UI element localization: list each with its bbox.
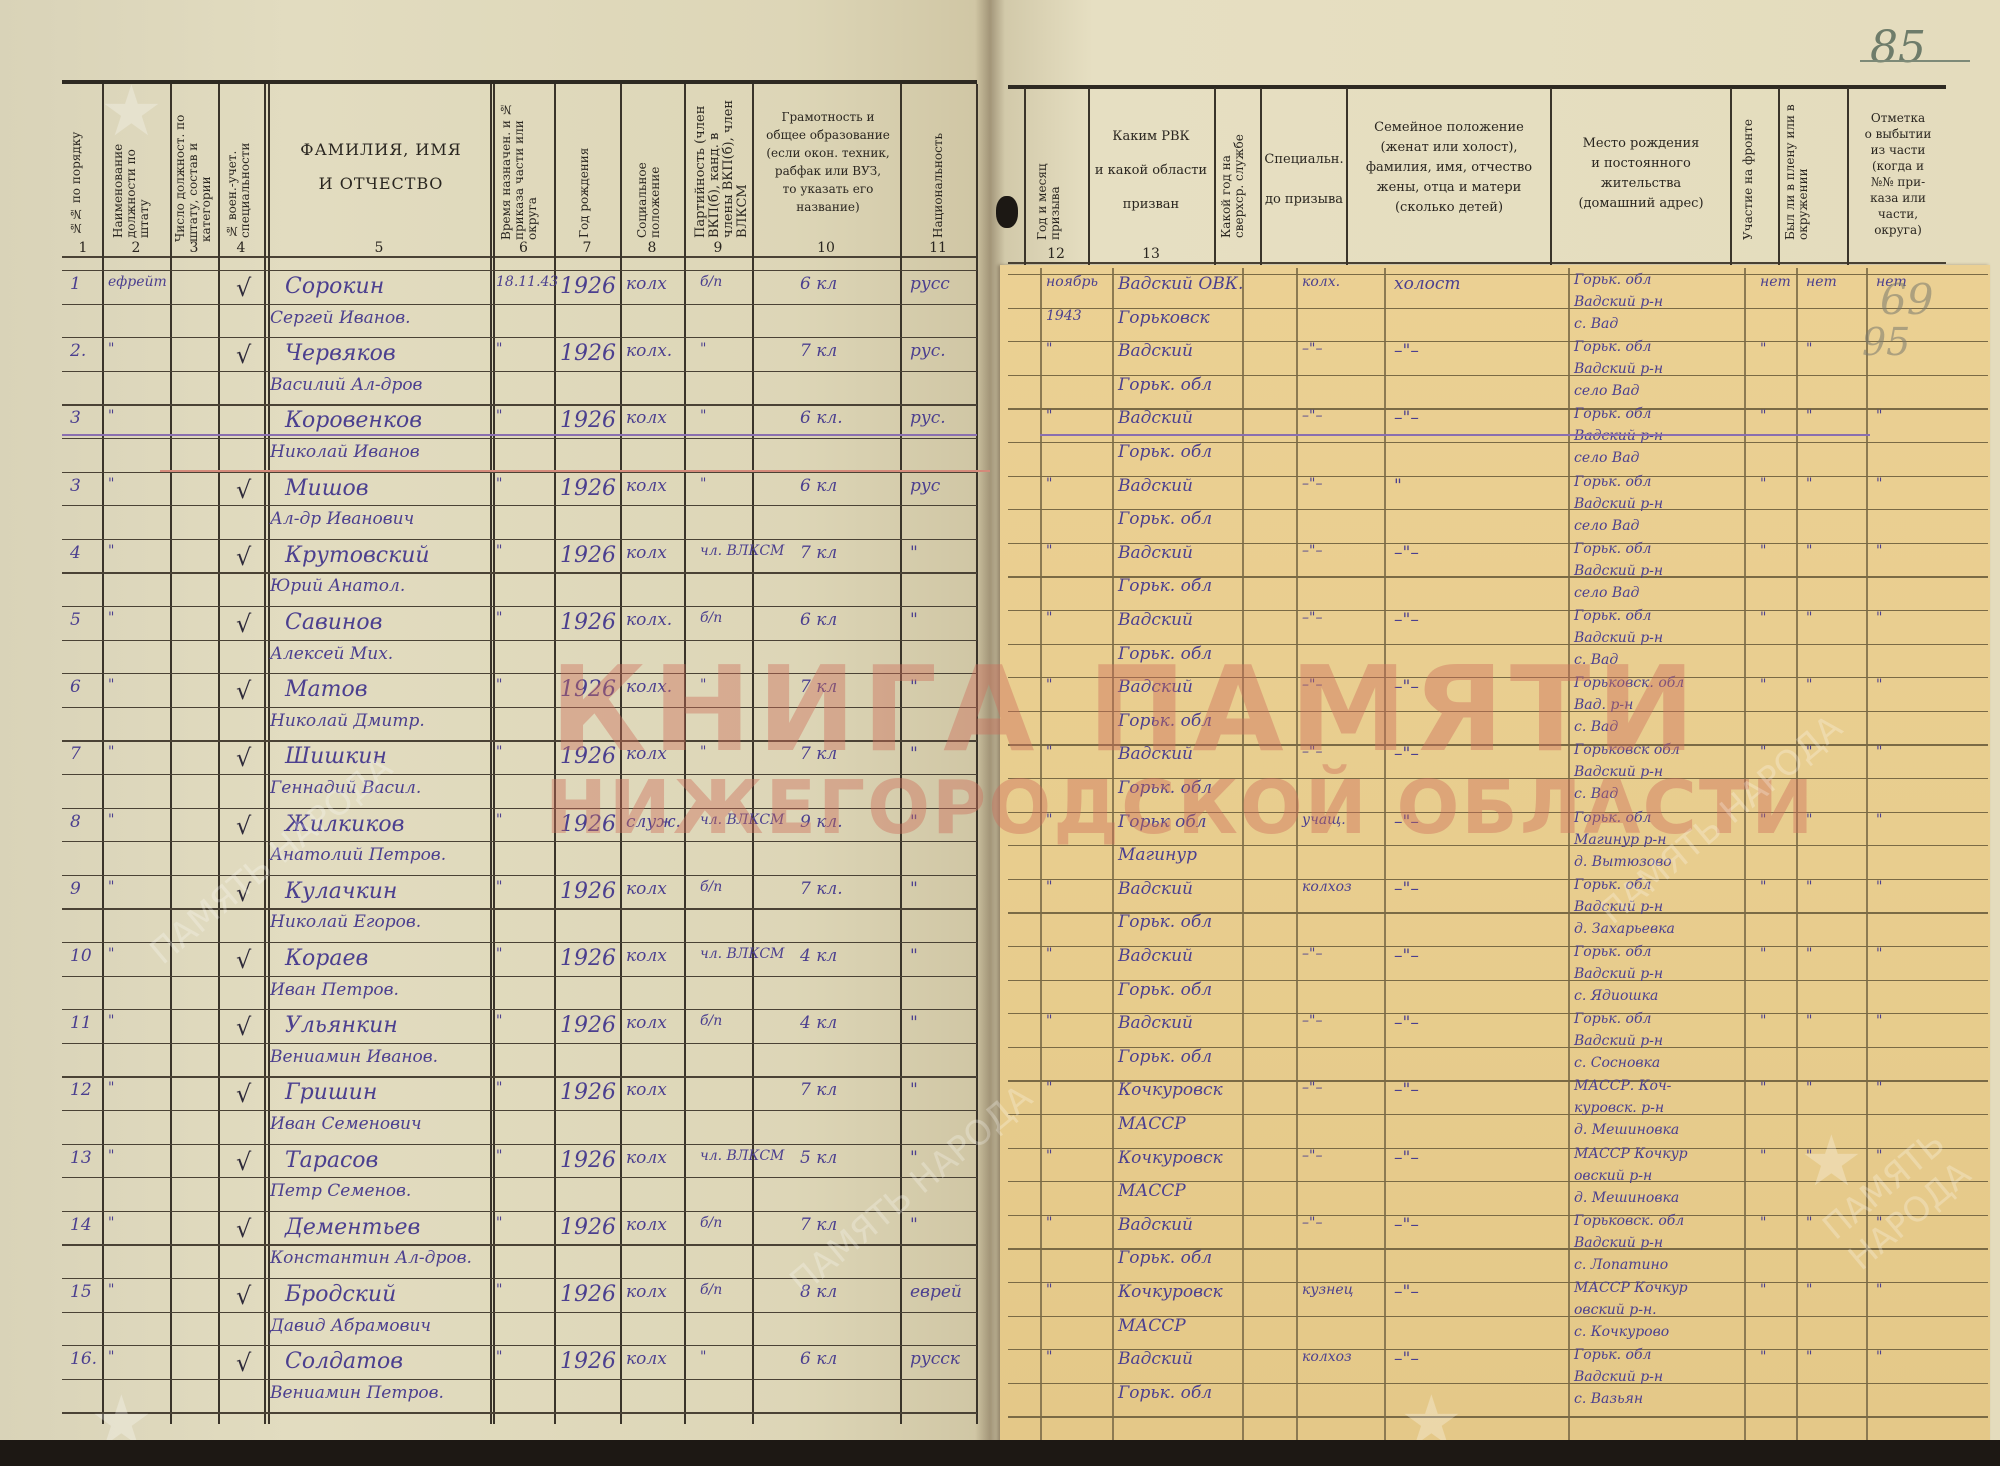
cell-address-line: Вадский р-н bbox=[1574, 966, 1663, 982]
header-col-16-line: (женат или холост), bbox=[1350, 138, 1548, 158]
cell-address-line: овский р-н bbox=[1574, 1168, 1652, 1184]
cell-rvk2: Горьк. обл bbox=[1118, 1383, 1212, 1403]
cell-rvk2: МАССР bbox=[1118, 1114, 1186, 1134]
header-col-13-line: призван bbox=[1090, 188, 1212, 222]
binding-hole bbox=[996, 196, 1018, 228]
cell-family: –"– bbox=[1394, 408, 1419, 428]
cell-given: Николай Иванов bbox=[270, 442, 420, 462]
cell-num: 3 bbox=[70, 476, 81, 496]
cell-social: колх bbox=[626, 946, 667, 966]
cell-num: 16. bbox=[70, 1349, 97, 1369]
cell-edu: 5 кл bbox=[800, 1148, 837, 1168]
cell-rvk2: МАССР bbox=[1118, 1316, 1186, 1336]
cell-rvk: Вадский bbox=[1118, 341, 1193, 361]
header-col-15-line: Специальн. bbox=[1262, 140, 1346, 180]
cell-address-line: Вадский р-н bbox=[1574, 496, 1663, 512]
cell-spec: –"– bbox=[1302, 1148, 1322, 1164]
cell-captive: " bbox=[1806, 946, 1812, 962]
row-rule bbox=[62, 539, 977, 540]
row-rule bbox=[62, 1278, 977, 1279]
cell-front: " bbox=[1760, 1080, 1766, 1096]
cell-born: 1926 bbox=[560, 946, 616, 971]
page-bottom-edge bbox=[0, 1440, 2000, 1466]
cell-nation: " bbox=[910, 1080, 918, 1100]
watermark-title: КНИГА ПАМЯТИ bbox=[550, 640, 1701, 778]
cell-front: " bbox=[1760, 1349, 1766, 1365]
cell-check: √ bbox=[236, 274, 251, 302]
header-col-6: Время назначен. и № приказа части или ок… bbox=[500, 90, 548, 240]
header-col-16-line: фамилия, имя, отчество bbox=[1350, 158, 1548, 178]
cell-position: " bbox=[108, 879, 114, 895]
cell-rvk: Вадский bbox=[1118, 879, 1193, 899]
cell-surname: Бродский bbox=[285, 1282, 396, 1307]
cell-rvk2: Горьковск bbox=[1118, 308, 1210, 328]
cell-position: " bbox=[108, 1080, 114, 1096]
cell-nation: рус. bbox=[910, 408, 946, 428]
cell-address-line: с. Сосновка bbox=[1574, 1055, 1660, 1071]
cell-spec: –"– bbox=[1302, 610, 1322, 626]
header-col-11: Национальность bbox=[932, 120, 945, 238]
header-col-16-line: (сколько детей) bbox=[1350, 198, 1548, 218]
cell-born: 1926 bbox=[560, 274, 616, 299]
cell-address-line: Горьк. обл bbox=[1574, 1011, 1651, 1027]
row-rule bbox=[62, 1412, 977, 1413]
cell-num: 1 bbox=[70, 274, 81, 294]
page-number: 85 bbox=[1870, 22, 1926, 73]
col-divider bbox=[1730, 88, 1732, 268]
header-col-14: Какой год на сверхср. службе bbox=[1220, 120, 1254, 238]
cell-num: 15 bbox=[70, 1282, 92, 1302]
cell-address-line: д. Мешиновка bbox=[1574, 1190, 1679, 1206]
cell-address-line: Горьк. обл bbox=[1574, 272, 1651, 288]
cell-check: √ bbox=[236, 1215, 251, 1243]
cell-address-line: Горьк. обл bbox=[1574, 406, 1651, 422]
col-divider bbox=[1744, 268, 1746, 1448]
col-divider bbox=[1847, 88, 1849, 268]
cell-surname: Кораев bbox=[285, 946, 368, 971]
cell-drafted: " bbox=[1046, 1349, 1052, 1365]
cell-edu: 6 кл bbox=[800, 1349, 837, 1369]
cell-position: " bbox=[108, 677, 114, 693]
cell-leave: " bbox=[1876, 610, 1882, 626]
cell-rvk: Кочкуровск bbox=[1118, 1148, 1223, 1168]
cell-check: √ bbox=[236, 1080, 251, 1108]
cell-rvk: Вадский bbox=[1118, 610, 1193, 630]
header-col-17-line: (домашний адрес) bbox=[1554, 194, 1728, 214]
cell-drafted: " bbox=[1046, 341, 1052, 357]
row-rule bbox=[62, 1009, 977, 1010]
cell-surname: Кулачкин bbox=[285, 879, 397, 904]
col-number: 6 bbox=[493, 240, 554, 256]
cell-given: Иван Петров. bbox=[270, 980, 399, 1000]
cell-surname: Дементьев bbox=[285, 1215, 420, 1240]
col-number: 9 bbox=[684, 240, 752, 256]
header-col-15: Специальн. до призыва bbox=[1262, 140, 1346, 220]
cell-drafted: " bbox=[1046, 879, 1052, 895]
cell-rvk: Вадский bbox=[1118, 543, 1193, 563]
row-rule bbox=[62, 875, 977, 876]
cell-address-line: Горьк. обл bbox=[1574, 541, 1651, 557]
cell-rvk: Вадский bbox=[1118, 476, 1193, 496]
header-col-3: Число должност. по штату, состав и катег… bbox=[174, 92, 216, 242]
cell-family: –"– bbox=[1394, 1215, 1419, 1235]
cell-captive: " bbox=[1806, 408, 1812, 424]
cell-front: " bbox=[1760, 408, 1766, 424]
col-number: 11 bbox=[900, 240, 976, 256]
cell-front: " bbox=[1760, 543, 1766, 559]
cell-check: √ bbox=[236, 476, 251, 504]
col-divider bbox=[1112, 268, 1114, 1448]
col-number: 10 bbox=[752, 240, 900, 256]
cell-born: 1926 bbox=[560, 476, 616, 501]
cell-born: 1926 bbox=[560, 1148, 616, 1173]
cell-surname: Ульянкин bbox=[285, 1013, 398, 1038]
row-rule bbox=[62, 1379, 977, 1380]
cell-num: 10 bbox=[70, 946, 92, 966]
col-divider bbox=[264, 84, 266, 1424]
cell-rvk2: Горьк. обл bbox=[1118, 912, 1212, 932]
cell-check: √ bbox=[236, 341, 251, 369]
cell-address-line: село Вад bbox=[1574, 383, 1639, 399]
cell-social: колх. bbox=[626, 610, 672, 630]
header-col-17-line: Место рождения bbox=[1554, 134, 1728, 154]
cell-captive: " bbox=[1806, 476, 1812, 492]
row-rule bbox=[62, 304, 977, 305]
cell-given: Николай Дмитр. bbox=[270, 711, 425, 731]
header-col-16-line: жены, отца и матери bbox=[1350, 178, 1548, 198]
cell-rvk2: Горьк. обл bbox=[1118, 375, 1212, 395]
cell-edu: 6 кл bbox=[800, 476, 837, 496]
cell-num: 13 bbox=[70, 1148, 92, 1168]
cell-given: Петр Семенов. bbox=[270, 1181, 411, 1201]
cell-appointed: " bbox=[496, 1013, 502, 1029]
cell-party: " bbox=[700, 1349, 706, 1365]
row-rule bbox=[62, 1076, 977, 1077]
col-divider bbox=[1024, 88, 1026, 268]
cell-spec: –"– bbox=[1302, 946, 1322, 962]
header-col-10-line: рабфак или ВУЗ, bbox=[758, 162, 898, 180]
header-col-20-line: из части bbox=[1850, 142, 1946, 158]
cell-num: 12 bbox=[70, 1080, 92, 1100]
cell-front: " bbox=[1760, 1282, 1766, 1298]
header-col-20-line: №№ при- bbox=[1850, 174, 1946, 190]
cell-drafted: " bbox=[1046, 1148, 1052, 1164]
cell-spec: –"– bbox=[1302, 543, 1322, 559]
header-col-17-line: и постоянного bbox=[1554, 154, 1728, 174]
cell-address-line: Горьк. обл bbox=[1574, 339, 1651, 355]
col-divider bbox=[1346, 88, 1348, 268]
cell-appointed: " bbox=[496, 543, 502, 559]
cell-leave: " bbox=[1876, 879, 1882, 895]
cell-address-line: Горьковск. обл bbox=[1574, 1213, 1684, 1229]
watermark-subtitle: НИЖЕГОРОДСКОЙ ОБЛАСТИ bbox=[545, 765, 1815, 851]
cell-appointed: " bbox=[496, 879, 502, 895]
cell-edu: 4 кл bbox=[800, 946, 837, 966]
cell-num: 14 bbox=[70, 1215, 92, 1235]
cell-surname: Мишов bbox=[285, 476, 369, 501]
cell-position: " bbox=[108, 744, 114, 760]
cell-given: Сергей Иванов. bbox=[270, 308, 411, 328]
cell-given: Давид Абрамович bbox=[270, 1316, 431, 1336]
cell-party: " bbox=[700, 408, 706, 424]
cell-address-line: с. Вазьян bbox=[1574, 1391, 1643, 1407]
cell-appointed: " bbox=[496, 1080, 502, 1096]
cell-social: колх bbox=[626, 476, 667, 496]
cell-born: 1926 bbox=[560, 543, 616, 568]
cell-address-line: Вадский р-н bbox=[1574, 1369, 1663, 1385]
cell-given: Константин Ал-дров. bbox=[270, 1248, 472, 1268]
cell-social: колх bbox=[626, 1080, 667, 1100]
cell-family: –"– bbox=[1394, 1349, 1419, 1369]
cell-given: Николай Егоров. bbox=[270, 912, 421, 932]
cell-address-line: село Вад bbox=[1574, 585, 1639, 601]
cell-position: " bbox=[108, 476, 114, 492]
header-col-9: Партийность (член ВКП(б), канд. в члены … bbox=[694, 92, 746, 238]
cell-nation: " bbox=[910, 1215, 918, 1235]
row-rule bbox=[62, 270, 977, 271]
cell-nation: еврей bbox=[910, 1282, 962, 1302]
cell-rvk2: Горьк. обл bbox=[1118, 576, 1212, 596]
strikethrough-line bbox=[160, 470, 990, 472]
cell-given: Ал-др Иванович bbox=[270, 509, 414, 529]
cell-rvk2: МАССР bbox=[1118, 1181, 1186, 1201]
cell-rvk: Вадский bbox=[1118, 1349, 1193, 1369]
col-divider bbox=[1040, 268, 1042, 1448]
cell-party: " bbox=[700, 341, 706, 357]
header-col-16-line: Семейное положение bbox=[1350, 118, 1548, 138]
cell-social: колх bbox=[626, 879, 667, 899]
header-col-5-line1: ФАМИЛИЯ, ИМЯ bbox=[275, 140, 487, 159]
header-col-20-line: о выбытии bbox=[1850, 126, 1946, 142]
cell-leave: " bbox=[1876, 1282, 1882, 1298]
header-col-17: Место рождения и постоянного жительства … bbox=[1554, 134, 1728, 214]
row-rule bbox=[62, 337, 977, 338]
cell-nation: русс bbox=[910, 274, 950, 294]
cell-edu: 6 кл bbox=[800, 274, 837, 294]
row-rule bbox=[62, 572, 977, 573]
cell-num: 7 bbox=[70, 744, 81, 764]
header-col-10-line: название) bbox=[758, 198, 898, 216]
cell-drafted: " bbox=[1046, 543, 1052, 559]
cell-rvk: Вадский bbox=[1118, 946, 1193, 966]
cell-social: колх bbox=[626, 274, 667, 294]
cell-given: Юрий Анатол. bbox=[270, 576, 405, 596]
cell-given: Иван Семенович bbox=[270, 1114, 422, 1134]
col-number: 1 bbox=[64, 240, 102, 256]
cell-family: –"– bbox=[1394, 1148, 1419, 1168]
cell-nation: " bbox=[910, 543, 918, 563]
header-col-20-line: (когда и bbox=[1850, 158, 1946, 174]
col-divider bbox=[1778, 88, 1780, 268]
cell-edu: 6 кл. bbox=[800, 408, 843, 428]
cell-front: " bbox=[1760, 1013, 1766, 1029]
header-top-rule-left bbox=[62, 80, 977, 84]
header-col-7: Год рождения bbox=[578, 130, 591, 238]
header-col-18: Участие на фронте bbox=[1742, 106, 1755, 240]
cell-num: 3 bbox=[70, 408, 81, 428]
cell-drafted2: 1943 bbox=[1046, 308, 1082, 324]
cell-given: Алексей Мих. bbox=[270, 644, 393, 664]
cell-born: 1926 bbox=[560, 1215, 616, 1240]
cell-captive: " bbox=[1806, 1013, 1812, 1029]
cell-captive: " bbox=[1806, 1080, 1812, 1096]
row-rule bbox=[62, 1312, 977, 1313]
cell-party: " bbox=[700, 476, 706, 492]
cell-edu: 7 кл bbox=[800, 1080, 837, 1100]
cell-social: колх bbox=[626, 1349, 667, 1369]
cell-check: √ bbox=[236, 1148, 251, 1176]
cell-captive: " bbox=[1806, 677, 1812, 693]
cell-surname: Гришин bbox=[285, 1080, 377, 1105]
pencil-mark: 69 bbox=[1880, 275, 1933, 324]
cell-appointed: 18.11.43 bbox=[496, 274, 558, 290]
cell-surname: Савинов bbox=[285, 610, 382, 635]
cell-born: 1926 bbox=[560, 610, 616, 635]
row-rule bbox=[62, 1345, 977, 1346]
cell-front: " bbox=[1760, 946, 1766, 962]
cell-position: " bbox=[108, 1215, 114, 1231]
col-divider bbox=[1242, 268, 1244, 1448]
header-col-10-line: то указать его bbox=[758, 180, 898, 198]
header-top-rule-right bbox=[1008, 85, 1946, 89]
row-rule bbox=[62, 1110, 977, 1111]
col-divider bbox=[1568, 268, 1570, 1448]
cell-position: " bbox=[108, 946, 114, 962]
col-divider bbox=[218, 84, 220, 1424]
cell-drafted: ноябрь bbox=[1046, 274, 1098, 290]
row-rule bbox=[62, 371, 977, 372]
col-divider bbox=[493, 84, 495, 1424]
header-col-1: №№ по порядку bbox=[70, 110, 83, 235]
header-col-10: Грамотность и общее образование (если ок… bbox=[758, 108, 898, 216]
cell-check: √ bbox=[236, 946, 251, 974]
header-col-13: Каким РВК и какой области призван bbox=[1090, 120, 1212, 222]
header-bottom-rule-left bbox=[62, 256, 977, 258]
cell-born: 1926 bbox=[560, 1349, 616, 1374]
cell-rvk: Вадский bbox=[1118, 408, 1193, 428]
cell-leave: " bbox=[1876, 1080, 1882, 1096]
col-divider bbox=[1214, 88, 1216, 268]
col-divider bbox=[268, 84, 270, 1424]
cell-address-line: село Вад bbox=[1574, 450, 1639, 466]
row-rule bbox=[62, 1144, 977, 1145]
header-col-13-line: Каким РВК bbox=[1090, 120, 1212, 154]
cell-born: 1926 bbox=[560, 1013, 616, 1038]
cell-num: 4 bbox=[70, 543, 81, 563]
col-number: 2 bbox=[102, 240, 170, 256]
cell-leave: " bbox=[1876, 946, 1882, 962]
cell-address-line: овский р-н. bbox=[1574, 1302, 1657, 1318]
header-col-16: Семейное положение (женат или холост), ф… bbox=[1350, 118, 1548, 218]
col-number: 8 bbox=[620, 240, 684, 256]
cell-address-line: Вадский р-н bbox=[1574, 563, 1663, 579]
cell-edu: 6 кл bbox=[800, 610, 837, 630]
cell-rvk: Кочкуровск bbox=[1118, 1282, 1223, 1302]
cell-given: Вениамин Иванов. bbox=[270, 1047, 438, 1067]
cell-rvk: Кочкуровск bbox=[1118, 1080, 1223, 1100]
cell-born: 1926 bbox=[560, 408, 616, 433]
col-number: 7 bbox=[554, 240, 620, 256]
cell-family: –"– bbox=[1394, 1282, 1419, 1302]
cell-address-line: Горьк. обл bbox=[1574, 944, 1651, 960]
cell-captive: " bbox=[1806, 1282, 1812, 1298]
cell-num: 9 bbox=[70, 879, 81, 899]
cell-nation: " bbox=[910, 610, 918, 630]
cell-check: √ bbox=[236, 812, 251, 840]
cell-position: " bbox=[108, 1148, 114, 1164]
cell-family: " bbox=[1394, 476, 1402, 496]
cell-born: 1926 bbox=[560, 1282, 616, 1307]
cell-position: " bbox=[108, 543, 114, 559]
col-number: 5 bbox=[268, 240, 490, 256]
cell-family: –"– bbox=[1394, 341, 1419, 361]
cell-party: б/п bbox=[700, 1013, 722, 1029]
cell-appointed: " bbox=[496, 1148, 502, 1164]
cell-position: " bbox=[108, 1013, 114, 1029]
cell-position: " bbox=[108, 1349, 114, 1365]
cell-family: –"– bbox=[1394, 1013, 1419, 1033]
cell-drafted: " bbox=[1046, 476, 1052, 492]
cell-party: чл. ВЛКСМ bbox=[700, 543, 784, 559]
cell-captive: " bbox=[1806, 1215, 1812, 1231]
cell-leave: " bbox=[1876, 744, 1882, 760]
cell-check: √ bbox=[236, 677, 251, 705]
cell-rvk2: Горьк. обл bbox=[1118, 442, 1212, 462]
cell-appointed: " bbox=[496, 1349, 502, 1365]
cell-appointed: " bbox=[496, 1282, 502, 1298]
cell-edu: 7 кл. bbox=[800, 879, 843, 899]
cell-address-line: село Вад bbox=[1574, 518, 1639, 534]
cell-leave: " bbox=[1876, 1349, 1882, 1365]
cell-address-line: с. Лопатино bbox=[1574, 1257, 1668, 1273]
cell-captive: " bbox=[1806, 610, 1812, 626]
cell-family: –"– bbox=[1394, 543, 1419, 563]
cell-rvk2: Горьк. обл bbox=[1118, 1047, 1212, 1067]
cell-drafted: " bbox=[1046, 1215, 1052, 1231]
header-col-20-line: каза или bbox=[1850, 190, 1946, 206]
cell-appointed: " bbox=[496, 408, 502, 424]
cell-spec: колхоз bbox=[1302, 1349, 1352, 1365]
header-col-10-line: (если окон. техник, bbox=[758, 144, 898, 162]
cell-spec: –"– bbox=[1302, 1013, 1322, 1029]
cell-drafted: " bbox=[1046, 1282, 1052, 1298]
cell-check: √ bbox=[236, 610, 251, 638]
cell-leave: " bbox=[1876, 543, 1882, 559]
cell-spec: –"– bbox=[1302, 1215, 1322, 1231]
cell-captive: нет bbox=[1806, 274, 1837, 290]
cell-family: –"– bbox=[1394, 946, 1419, 966]
cell-surname: Солдатов bbox=[285, 1349, 403, 1374]
cell-check: √ bbox=[236, 1013, 251, 1041]
cell-social: колх bbox=[626, 1148, 667, 1168]
cell-spec: колх. bbox=[1302, 274, 1340, 290]
cell-edu: 7 кл bbox=[800, 341, 837, 361]
col-divider bbox=[1384, 268, 1386, 1448]
cell-surname: Коровенков bbox=[285, 408, 422, 433]
cell-address-line: куровск. р-н bbox=[1574, 1100, 1664, 1116]
row-rule bbox=[62, 606, 977, 607]
cell-born: 1926 bbox=[560, 1080, 616, 1105]
cell-party: б/п bbox=[700, 1215, 722, 1231]
row-rule bbox=[62, 976, 977, 977]
cell-address-line: с. Вад bbox=[1574, 316, 1618, 332]
col-divider bbox=[490, 84, 492, 1424]
col-divider bbox=[1296, 268, 1298, 1448]
col-divider bbox=[102, 84, 104, 1424]
header-col-5-line2: И ОТЧЕСТВО bbox=[275, 174, 487, 193]
cell-edu: 7 кл bbox=[800, 543, 837, 563]
cell-party: б/п bbox=[700, 879, 722, 895]
